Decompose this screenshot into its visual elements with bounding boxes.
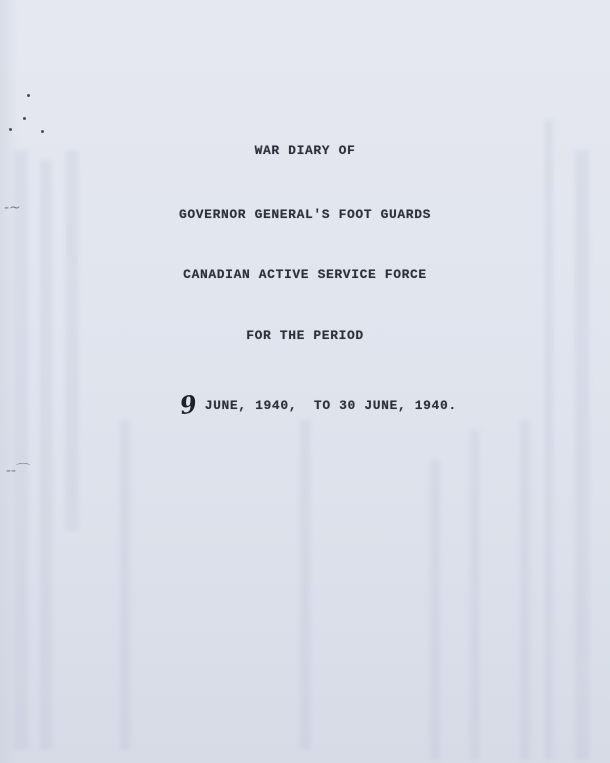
bleed-through-stripe — [520, 420, 530, 760]
period-range: 9 JUNE, 1940, TO 30 JUNE, 1940. — [180, 386, 457, 410]
period-range-text: JUNE, 1940, TO 30 JUNE, 1940. — [205, 398, 457, 413]
diary-title: WAR DIARY OF — [0, 143, 610, 158]
bleed-through-stripe — [300, 420, 310, 750]
bleed-through-stripe — [470, 430, 479, 760]
period-label: FOR THE PERIOD — [0, 328, 610, 343]
scanned-page: -~ --⌒ WAR DIARY OF GOVERNOR GENERAL'S F… — [0, 0, 610, 763]
bleed-through-stripe — [14, 150, 28, 750]
bleed-through-stripe — [40, 160, 52, 750]
paper-speck — [27, 94, 30, 97]
paper-speck — [41, 130, 44, 133]
handwritten-start-day: 9 — [178, 389, 199, 420]
margin-mark: --⌒ — [6, 460, 30, 480]
force-name: CANADIAN ACTIVE SERVICE FORCE — [0, 267, 610, 282]
bleed-through-stripe — [120, 420, 130, 750]
paper-speck — [9, 128, 12, 131]
unit-name: GOVERNOR GENERAL'S FOOT GUARDS — [0, 207, 610, 222]
bleed-through-stripe — [430, 460, 440, 760]
bleed-through-stripe — [575, 150, 589, 760]
paper-speck — [23, 117, 26, 120]
